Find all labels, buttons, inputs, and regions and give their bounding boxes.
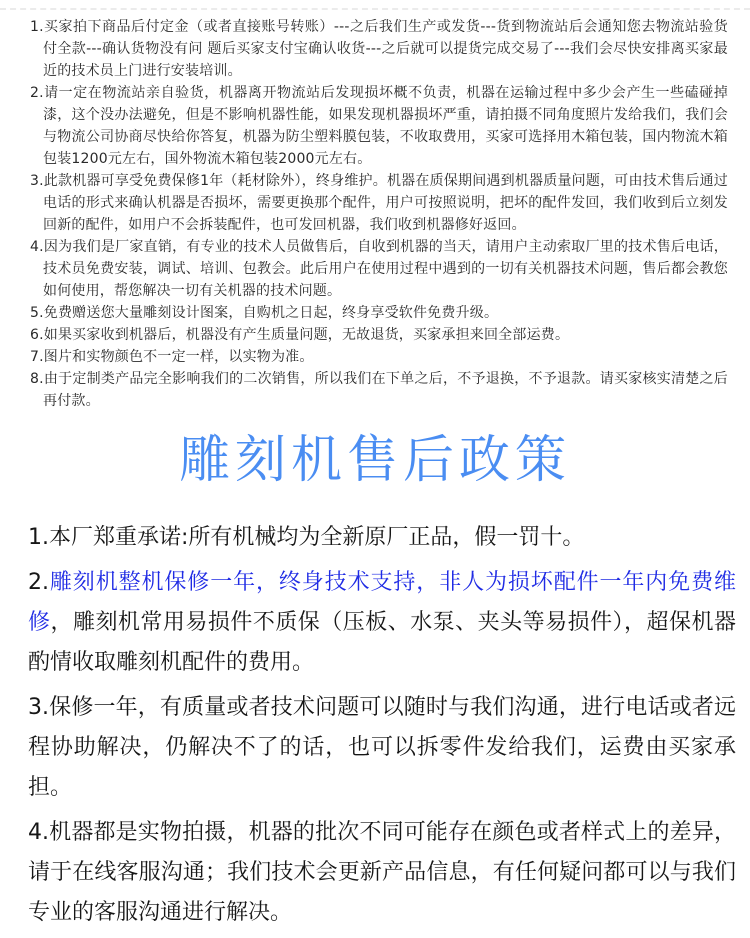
item-text: 因为我们是厂家直销，有专业的技术人员做售后，自收到机器的当天，请用户主动索取厂里…	[43, 239, 728, 299]
policy-item: 2.雕刻机整机保修一年，终身技术支持，非人为损坏配件一年内免费维修，雕刻机常用易…	[28, 563, 736, 683]
item-text: 由于定制类产品完全影响我们的二次销售，所以我们在下单之后，不予退换，不予退款。请…	[43, 371, 728, 409]
policy-item: 8.由于定制类产品完全影响我们的二次销售，所以我们在下单之后，不予退换，不予退款…	[30, 368, 728, 412]
policy-item: 6.如果买家收到机器后，机器没有产生质量问题，无故退货，买家承担来回全部运费。	[30, 324, 728, 346]
item-number: 3.	[30, 173, 44, 189]
item-number: 1.	[28, 525, 49, 550]
item-number: 2.	[28, 570, 49, 595]
section-divider	[0, 8, 750, 10]
item-text: 此款机器可享受免费保修1年（耗材除外），终身维护。机器在质保期间遇到机器质量问题…	[43, 173, 728, 233]
item-number: 8.	[30, 371, 44, 387]
policy-item: 4.机器都是实物拍摄，机器的批次不同可能存在颜色或者样式上的差异，请于在线客服沟…	[28, 813, 736, 933]
policy-item: 5.免费赠送您大量雕刻设计图案，自购机之日起，终身享受软件免费升级。	[30, 302, 728, 324]
item-number: 2.	[30, 85, 44, 101]
policy-item: 7.图片和实物颜色不一定一样，以实物为准。	[30, 346, 728, 368]
item-text: 如果买家收到机器后，机器没有产生质量问题，无故退货，买家承担来回全部运费。	[44, 327, 569, 343]
policy-item: 1.买家拍下商品后付定金（或者直接账号转账）---之后我们生产或发货---货到物…	[30, 16, 728, 82]
policy-page: 1.买家拍下商品后付定金（或者直接账号转账）---之后我们生产或发货---货到物…	[0, 0, 750, 938]
policy-item: 3.保修一年，有质量或者技术问题可以随时与我们沟通，进行电话或者远程协助解决，仍…	[28, 688, 736, 808]
policy-item: 2.请一定在物流站亲自验货，机器离开物流站后发现损坏概不负责，机器在运输过程中多…	[30, 82, 728, 170]
item-text: 图片和实物颜色不一定一样，以实物为准。	[44, 349, 314, 365]
item-text: 请一定在物流站亲自验货，机器离开物流站后发现损坏概不负责，机器在运输过程中多少会…	[43, 85, 728, 167]
top-policy-list: 1.买家拍下商品后付定金（或者直接账号转账）---之后我们生产或发货---货到物…	[0, 0, 750, 412]
item-number: 7.	[30, 349, 44, 365]
item-number: 6.	[30, 327, 44, 343]
item-number: 5.	[30, 305, 44, 321]
policy-item: 3.此款机器可享受免费保修1年（耗材除外），终身维护。机器在质保期间遇到机器质量…	[30, 170, 728, 236]
section-title: 雕刻机售后政策	[0, 428, 750, 494]
item-text: 机器都是实物拍摄，机器的批次不同可能存在颜色或者样式上的差异，请于在线客服沟通；…	[28, 820, 736, 925]
item-text: 保修一年，有质量或者技术问题可以随时与我们沟通，进行电话或者远程协助解决，仍解决…	[28, 695, 736, 800]
policy-item: 1.本厂郑重承诺:所有机械均为全新原厂正品，假一罚十。	[28, 518, 736, 558]
item-number: 4.	[28, 820, 49, 845]
item-number: 4.	[30, 239, 44, 255]
bottom-policy-list: 1.本厂郑重承诺:所有机械均为全新原厂正品，假一罚十。 2.雕刻机整机保修一年，…	[0, 494, 750, 933]
policy-item: 4.因为我们是厂家直销，有专业的技术人员做售后，自收到机器的当天，请用户主动索取…	[30, 236, 728, 302]
item-number: 3.	[28, 695, 49, 720]
item-text: 本厂郑重承诺:所有机械均为全新原厂正品，假一罚十。	[49, 525, 584, 550]
item-text: ，雕刻机常用易损件不质保（压板、水泵、夹头等易损件），超保机器酌情收取雕刻机配件…	[28, 610, 736, 675]
item-text: 买家拍下商品后付定金（或者直接账号转账）---之后我们生产或发货---货到物流站…	[43, 19, 728, 79]
item-number: 1.	[30, 19, 44, 35]
item-text: 免费赠送您大量雕刻设计图案，自购机之日起，终身享受软件免费升级。	[44, 305, 498, 321]
